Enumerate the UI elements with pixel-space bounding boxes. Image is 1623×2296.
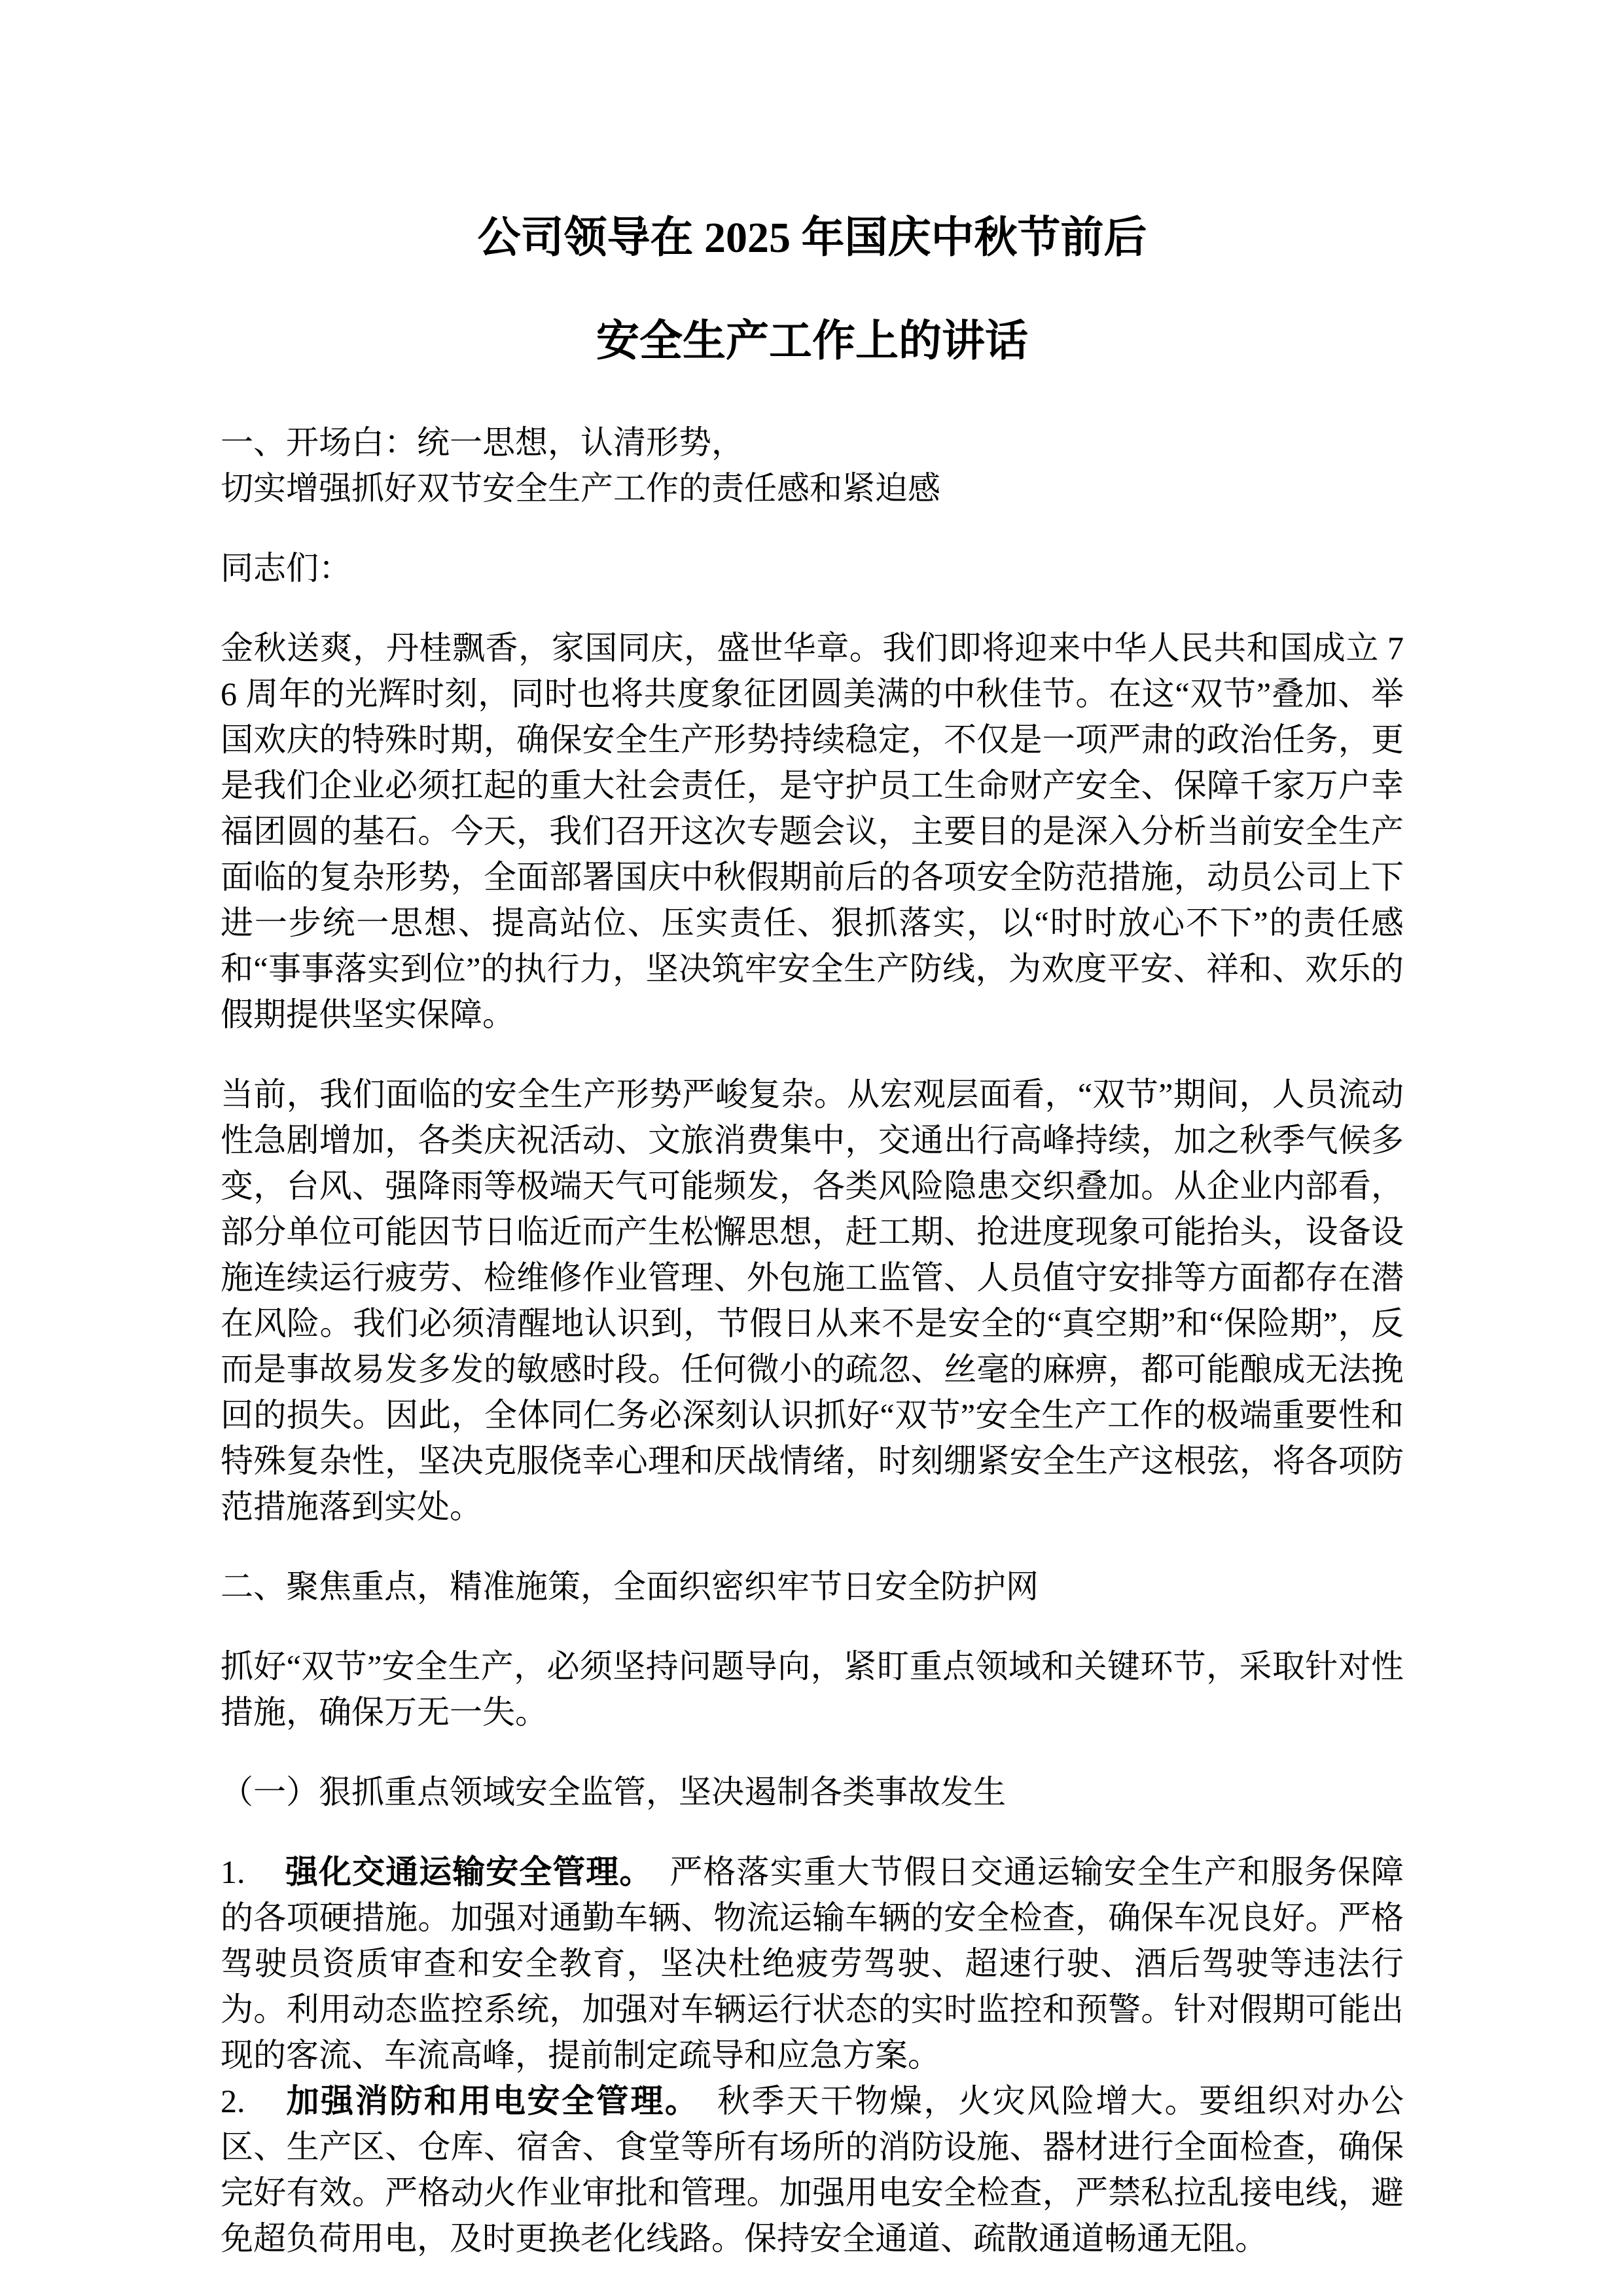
document-page: 公司领导在 2025 年国庆中秋节前后 安全生产工作上的讲话 一、开场白：统一思… — [0, 0, 1623, 2296]
section-2-heading: 二、聚焦重点，精准施策，全面织密织牢节日安全防护网 — [221, 1564, 1404, 1609]
list-item-1: 1.强化交通运输安全管理。 严格落实重大节假日交通运输安全生产和服务保障的各项硬… — [221, 1849, 1404, 2078]
document-title-line-1: 公司领导在 2025 年国庆中秋节前后 — [221, 187, 1404, 290]
document-title-line-2: 安全生产工作上的讲话 — [221, 290, 1404, 393]
document-content: 公司领导在 2025 年国庆中秋节前后 安全生产工作上的讲话 一、开场白：统一思… — [0, 0, 1623, 2261]
list-item-1-number: 1. — [221, 1849, 285, 1895]
section-1-heading: 一、开场白：统一思想，认清形势，切实增强抓好双节安全生产工作的责任感和紧迫感 — [221, 420, 1404, 511]
salutation: 同志们： — [221, 545, 1404, 591]
document-title: 公司领导在 2025 年国庆中秋节前后 安全生产工作上的讲话 — [221, 187, 1404, 393]
section-1-paragraph-2: 当前，我们面临的安全生产形势严峻复杂。从宏观层面看，“双节”期间，人员流动性急剧… — [221, 1071, 1404, 1530]
list-item-1-lead: 强化交通运输安全管理。 — [285, 1854, 636, 1890]
list-item-2-number: 2. — [221, 2078, 285, 2124]
section-2-subheading-1: （一）狠抓重点领域安全监管，坚决遏制各类事故发生 — [221, 1769, 1404, 1815]
list-item-2: 2.加强消防和用电安全管理。 秋季天干物燥，火灾风险增大。要组织对办公区、生产区… — [221, 2078, 1404, 2261]
section-1-paragraph-1: 金秋送爽，丹桂飘香，家国同庆，盛世华章。我们即将迎来中华人民共和国成立 76 周… — [221, 625, 1404, 1037]
list-item-2-lead: 加强消防和用电安全管理。 — [285, 2083, 683, 2119]
section-2-paragraph-1: 抓好“双节”安全生产，必须坚持问题导向，紧盯重点领域和关键环节，采取针对性措施，… — [221, 1643, 1404, 1735]
